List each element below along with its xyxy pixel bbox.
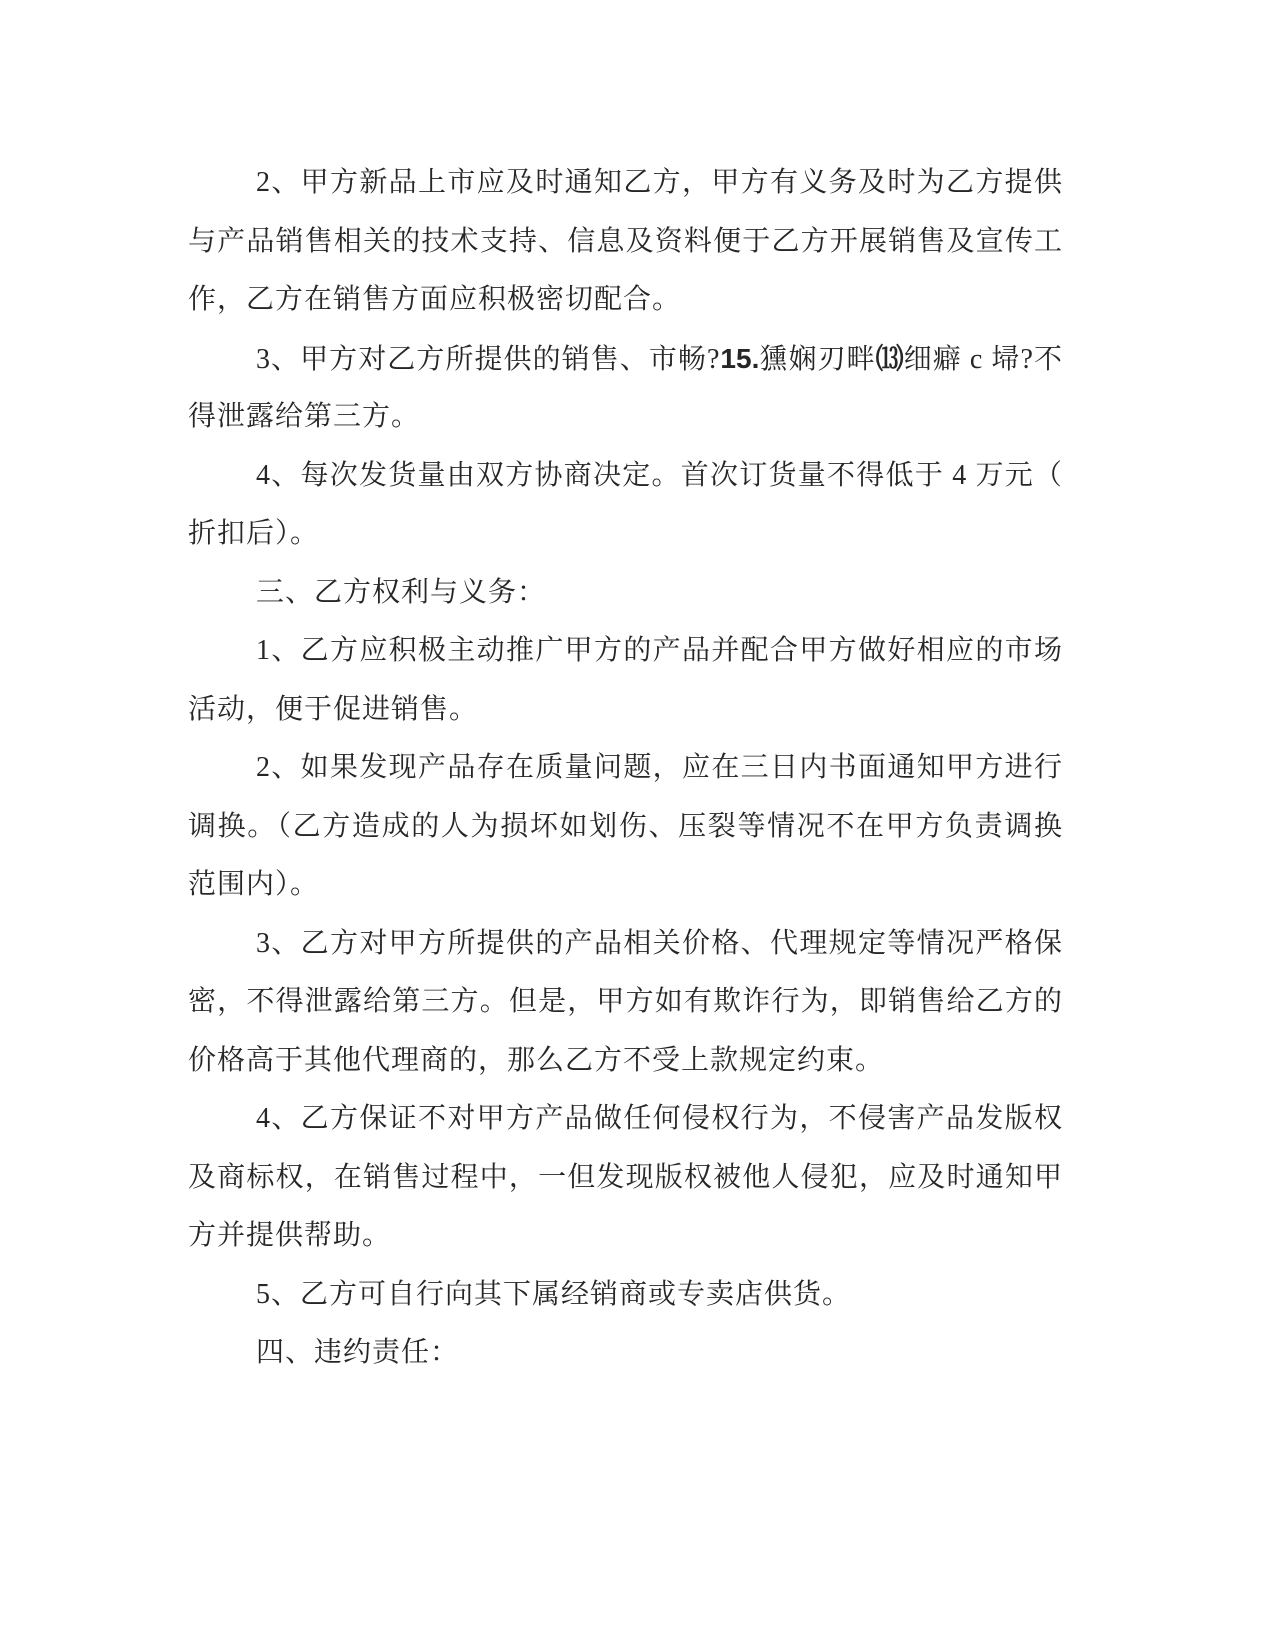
text-line: 2、如果发现产品存在质量问题，应在三日内书面通知甲方进行 — [188, 739, 1063, 798]
text-line: 方并提供帮助。 — [188, 1207, 1063, 1266]
text-line: 5、乙方可自行向其下属经销商或专卖店供货。 — [188, 1266, 1063, 1325]
text-run: 价格高于其他代理商的，那么乙方不受上款规定约束。 — [188, 1045, 884, 1076]
text-line: 调换。（乙方造成的人为损坏如划伤、压裂等情况不在甲方负责调换 — [188, 798, 1063, 857]
text-line: 三、乙方权利与义务： — [188, 564, 1063, 623]
text-run: 范围内）。 — [188, 869, 319, 900]
text-line: 1、乙方应积极主动推广甲方的产品并配合甲方做好相应的市场 — [188, 622, 1063, 681]
text-run: 活动，便于促进销售。 — [188, 694, 478, 725]
document-body: 2、甲方新品上市应及时通知乙方，甲方有义务及时为乙方提供与产品销售相关的技术支持… — [188, 154, 1063, 1383]
text-run: 2、甲方新品上市应及时通知乙方，甲方有义务及时为乙方提供 — [256, 167, 1063, 198]
text-line: 四、违约责任： — [188, 1324, 1063, 1383]
text-run: 与产品销售相关的技术支持、信息及资料便于乙方开展销售及宣传工 — [188, 226, 1063, 257]
text-run: 及商标权，在销售过程中，一但发现版权被他人侵犯，应及时通知甲 — [188, 1162, 1063, 1193]
text-run: 密，不得泄露给第三方。但是，甲方如有欺诈行为，即销售给乙方的 — [188, 986, 1063, 1017]
text-line: 活动，便于促进销售。 — [188, 681, 1063, 740]
text-run: 细癖 c 埽?不 — [904, 344, 1063, 375]
text-run: 方并提供帮助。 — [188, 1220, 391, 1251]
page: 2、甲方新品上市应及时通知乙方，甲方有义务及时为乙方提供与产品销售相关的技术支持… — [0, 0, 1275, 1650]
text-run: 4、乙方保证不对甲方产品做任何侵权行为，不侵害产品发版权 — [256, 1103, 1063, 1134]
text-run: 4、每次发货量由双方协商决定。首次订货量不得低于 4 万元（ — [256, 460, 1063, 491]
text-run-bold: 15. — [720, 343, 759, 374]
text-run: 作，乙方在销售方面应积极密切配合。 — [188, 284, 681, 315]
text-line: 范围内）。 — [188, 856, 1063, 915]
text-run: 5、乙方可自行向其下属经销商或专卖店供货。 — [256, 1279, 851, 1310]
text-line: 作，乙方在销售方面应积极密切配合。 — [188, 271, 1063, 330]
text-run: 三、乙方权利与义务： — [256, 577, 546, 608]
text-run: 獯娴刃畔 — [759, 344, 875, 375]
text-line: 3、乙方对甲方所提供的产品相关价格、代理规定等情况严格保 — [188, 915, 1063, 974]
text-run: 2、如果发现产品存在质量问题，应在三日内书面通知甲方进行 — [256, 752, 1063, 783]
text-line: 4、每次发货量由双方协商决定。首次订货量不得低于 4 万元（ — [188, 447, 1063, 506]
text-line: 与产品销售相关的技术支持、信息及资料便于乙方开展销售及宣传工 — [188, 213, 1063, 272]
text-line: 3、甲方对乙方所提供的销售、市畅?15.獯娴刃畔⒀细癖 c 埽?不 — [188, 330, 1063, 389]
text-line: 4、乙方保证不对甲方产品做任何侵权行为，不侵害产品发版权 — [188, 1090, 1063, 1149]
text-line: 及商标权，在销售过程中，一但发现版权被他人侵犯，应及时通知甲 — [188, 1149, 1063, 1208]
text-line: 折扣后）。 — [188, 505, 1063, 564]
text-run: 调换。（乙方造成的人为损坏如划伤、压裂等情况不在甲方负责调换 — [188, 811, 1063, 842]
text-run: 折扣后）。 — [188, 518, 319, 549]
text-run: 1、乙方应积极主动推广甲方的产品并配合甲方做好相应的市场 — [256, 635, 1063, 666]
text-run: 四、违约责任： — [256, 1337, 459, 1368]
text-run: 得泄露给第三方。 — [188, 401, 420, 432]
text-line: 密，不得泄露给第三方。但是，甲方如有欺诈行为，即销售给乙方的 — [188, 973, 1063, 1032]
text-line: 得泄露给第三方。 — [188, 388, 1063, 447]
text-run: 3、甲方对乙方所提供的销售、市畅? — [256, 344, 720, 375]
text-run-bold: ⒀ — [876, 343, 904, 374]
text-line: 2、甲方新品上市应及时通知乙方，甲方有义务及时为乙方提供 — [188, 154, 1063, 213]
text-line: 价格高于其他代理商的，那么乙方不受上款规定约束。 — [188, 1032, 1063, 1091]
text-run: 3、乙方对甲方所提供的产品相关价格、代理规定等情况严格保 — [256, 928, 1063, 959]
